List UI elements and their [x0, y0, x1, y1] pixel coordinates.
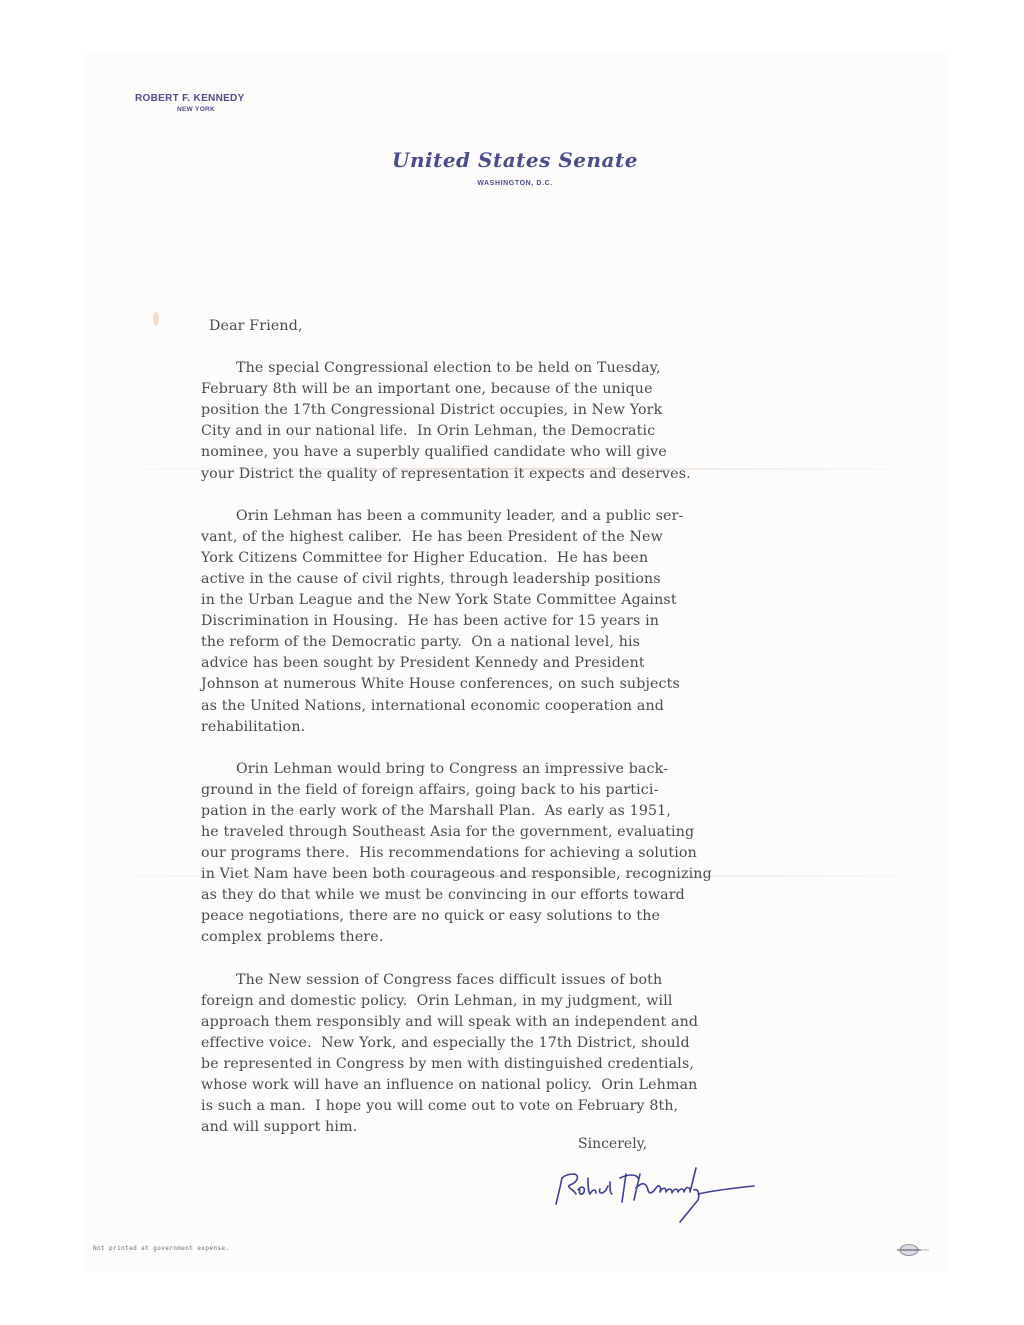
institution-location: WASHINGTON, D.C. — [360, 180, 670, 187]
sender-state: NEW YORK — [177, 106, 245, 113]
text-line: ground in the field of foreign affairs, … — [201, 780, 821, 801]
text-line: February 8th will be an important one, b… — [201, 379, 821, 400]
text-line: foreign and domestic policy. Orin Lehman… — [201, 991, 821, 1012]
text-line: vant, of the highest caliber. He has bee… — [201, 527, 821, 548]
paragraphs: The special Congressional election to be… — [201, 358, 821, 1138]
text-line: the reform of the Democratic party. On a… — [201, 632, 821, 653]
union-bug-icon — [893, 1243, 933, 1257]
text-line: nominee, you have a superbly qualified c… — [201, 442, 821, 463]
text-line: as the United Nations, international eco… — [201, 696, 821, 717]
text-line: Orin Lehman would bring to Congress an i… — [201, 759, 821, 780]
text-line: effective voice. New York, and especiall… — [201, 1033, 821, 1054]
footer-note: Not printed at government expense. — [93, 1245, 229, 1252]
text-line: as they do that while we must be convinc… — [201, 885, 821, 906]
paragraph: Orin Lehman has been a community leader,… — [201, 506, 821, 738]
text-line: advice has been sought by President Kenn… — [201, 653, 821, 674]
text-line: be represented in Congress by men with d… — [201, 1054, 821, 1075]
sender-name: ROBERT F. KENNEDY — [135, 93, 245, 104]
paragraph: Orin Lehman would bring to Congress an i… — [201, 759, 821, 949]
text-line: our programs there. His recommendations … — [201, 843, 821, 864]
institution-title: United States Senate — [360, 148, 670, 172]
text-line: The New session of Congress faces diffic… — [201, 970, 821, 991]
closing: Sincerely, — [578, 1136, 647, 1152]
text-line: Johnson at numerous White House conferen… — [201, 674, 821, 695]
letterhead-sender: ROBERT F. KENNEDY NEW YORK — [135, 93, 245, 113]
text-line: approach them responsibly and will speak… — [201, 1012, 821, 1033]
text-line: rehabilitation. — [201, 717, 821, 738]
salutation: Dear Friend, — [209, 316, 821, 337]
text-line: Orin Lehman has been a community leader,… — [201, 506, 821, 527]
text-line: The special Congressional election to be… — [201, 358, 821, 379]
paper-stain — [153, 312, 159, 326]
text-line: peace negotiations, there are no quick o… — [201, 906, 821, 927]
text-line: Discrimination in Housing. He has been a… — [201, 611, 821, 632]
text-line: whose work will have an influence on nat… — [201, 1075, 821, 1096]
text-line: York Citizens Committee for Higher Educa… — [201, 548, 821, 569]
signature-icon — [548, 1160, 768, 1230]
letterhead-masthead: United States Senate WASHINGTON, D.C. — [360, 148, 670, 187]
text-line: he traveled through Southeast Asia for t… — [201, 822, 821, 843]
letter-body: Dear Friend, The special Congressional e… — [201, 316, 821, 1159]
paragraph: The special Congressional election to be… — [201, 358, 821, 485]
text-line: position the 17th Congressional District… — [201, 400, 821, 421]
text-line: is such a man. I hope you will come out … — [201, 1096, 821, 1117]
text-line: and will support him. — [201, 1117, 821, 1138]
text-line: City and in our national life. In Orin L… — [201, 421, 821, 442]
text-line: in the Urban League and the New York Sta… — [201, 590, 821, 611]
text-line: your District the quality of representat… — [201, 464, 821, 485]
text-line: complex problems there. — [201, 927, 821, 948]
text-line: active in the cause of civil rights, thr… — [201, 569, 821, 590]
paragraph: The New session of Congress faces diffic… — [201, 970, 821, 1139]
text-line: in Viet Nam have been both courageous an… — [201, 864, 821, 885]
signature — [548, 1160, 768, 1230]
text-line: pation in the early work of the Marshall… — [201, 801, 821, 822]
